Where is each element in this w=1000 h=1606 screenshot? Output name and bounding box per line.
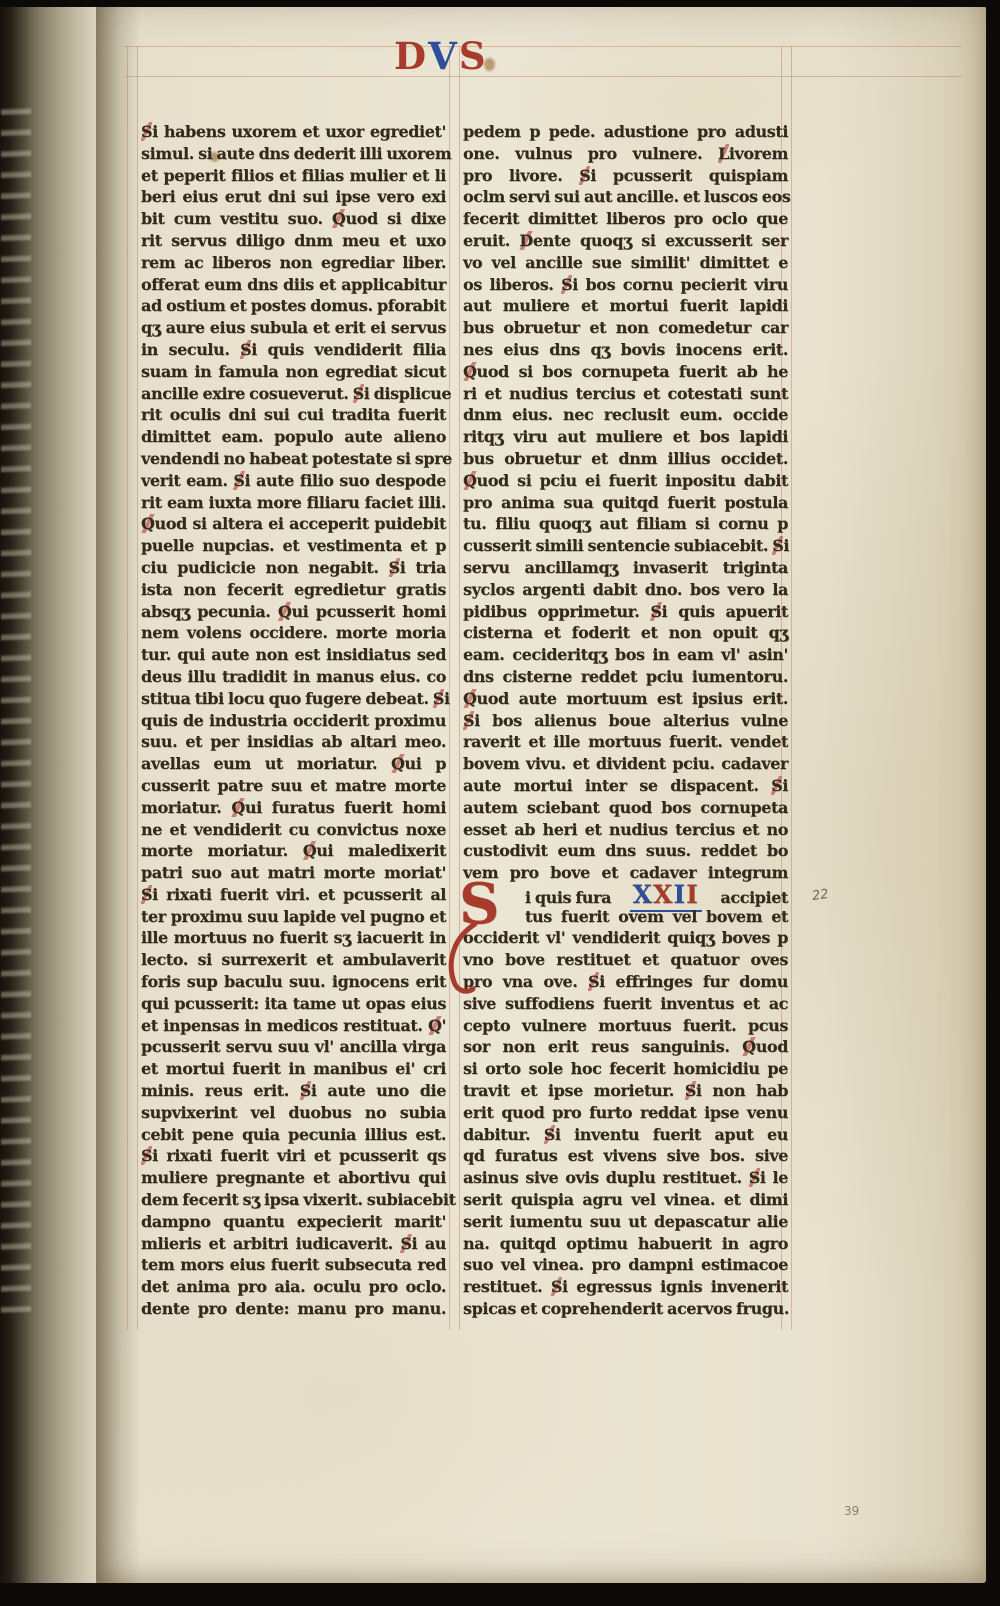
text-line: ista non fecerit egredietur gratis	[141, 579, 446, 601]
text-line: restituet. Si egressus ignis invenerit	[463, 1276, 788, 1298]
text-line: occiderit vl' vendiderit quiqʒ boves p	[463, 927, 788, 949]
text-line: suam in famula non egrediat sicut	[141, 361, 446, 383]
text-line: offerat eum dns diis et applicabitur	[141, 274, 446, 296]
text-line: foris sup baculu suu. ignocens erit	[141, 971, 446, 993]
text-line: bus obruetur et non comedetur car	[463, 317, 788, 339]
photo-border-top	[0, 0, 1000, 7]
text-line: custodivit eum dns suus. reddet bo	[463, 840, 788, 862]
text-line: dnm eius. nec reclusit eum. occide	[463, 404, 788, 426]
text-line: oclm servi sui aut ancille. et luscos eo…	[463, 186, 788, 208]
text-line: vo vel ancille sue similit' dimittet e	[463, 252, 788, 274]
text-line: dimittet eam. populo aute alieno	[141, 426, 446, 448]
text-line: suu. et per insidias ab altari meo.	[141, 731, 446, 753]
text-line: one. vulnus pro vulnere. Livorem	[463, 143, 788, 165]
text-line: ritqʒ viru aut muliere et bos lapidi	[463, 426, 788, 448]
text-line: Quod si altera ei acceperit puidebit	[141, 513, 446, 535]
text-line: Quod si bos cornupeta fuerit ab he	[463, 361, 788, 383]
text-line: ciu pudicicie non negabit. Si tria	[141, 557, 446, 579]
text-line: pcusserit servu suu vl' ancilla virga	[141, 1036, 446, 1058]
text-line: absqʒ pecunia. Qui pcusserit homi	[141, 601, 446, 623]
text-line: cebit pene quia pecunia illius est.	[141, 1124, 446, 1146]
text-line: avellas eum ut moriatur. Qui p	[141, 753, 446, 775]
chapter-number-letter: I	[686, 880, 699, 909]
running-header: DVS	[394, 34, 488, 78]
text-line: autem sciebant quod bos cornupeta	[463, 797, 788, 819]
running-header-letter: D	[394, 34, 428, 78]
text-line: et inpensas in medicos restituat. Q'	[141, 1015, 446, 1037]
ruling-line-vertical	[449, 46, 450, 1330]
text-column-left: Si habens uxorem et uxor egrediet'simul.…	[141, 121, 446, 1320]
chapter-number-letter: X	[653, 880, 673, 909]
text-line: et peperit filios et filias mulier et li	[141, 165, 446, 187]
photo-border-bottom	[0, 1583, 1000, 1606]
text-line: qʒ aure eius subula et erit ei servus	[141, 317, 446, 339]
text-line: Quod aute mortuum est ipsius erit.	[463, 688, 788, 710]
text-line: serit quispia agru vel vinea. et dimi	[463, 1189, 788, 1211]
text-line: vem pro bove et cadaver integrum	[463, 862, 788, 884]
text-line: aute mortui inter se dispacent. Si	[463, 775, 788, 797]
text-line: syclos argenti dabit dno. bos vero la	[463, 579, 788, 601]
text-line: serit iumentu suu ut depascatur alie	[463, 1211, 788, 1233]
text-line: vendendi no habeat potestate si spre	[141, 448, 446, 470]
text-line: rem ac liberos non egrediar liber.	[141, 252, 446, 274]
text-line: minis. reus erit. Si aute uno die	[141, 1080, 446, 1102]
text-line: moriatur. Qui furatus fuerit homi	[141, 797, 446, 819]
text-line: rit eam iuxta more filiaru faciet illi.	[141, 492, 446, 514]
text-line: supvixerint vel duobus no subia	[141, 1102, 446, 1124]
text-line: verit eam. Si aute filio suo despode	[141, 470, 446, 492]
text-line: nes eius dns qʒ bovis inocens erit.	[463, 339, 788, 361]
text-line: cisterna et foderit et non opuit qʒ	[463, 622, 788, 644]
ruling-line-horizontal	[124, 46, 962, 47]
text-line: in seculu. Si quis vendiderit filia	[141, 339, 446, 361]
ruling-line-vertical	[137, 46, 138, 1330]
chapter-number-letter: I	[673, 880, 686, 909]
text-line: pro livore. Si pcusserit quispiam	[463, 165, 788, 187]
running-header-letter: V	[428, 34, 459, 78]
ruling-line-vertical	[791, 46, 792, 1330]
facing-page-text-fragments	[1, 108, 31, 1318]
text-column-right: pedem p pede. adustione pro adustione. v…	[463, 121, 788, 1320]
manuscript-photo: DVS Si habens uxorem et uxor egrediet'si…	[0, 0, 1000, 1606]
text-line: ne et vendiderit cu convictus noxe	[141, 819, 446, 841]
folio-number: 39	[844, 1504, 859, 1518]
text-line: lecto. si surrexerit et ambulaverit	[141, 949, 446, 971]
chapter-indented-line: tus fuerit ovem vel bovem et	[525, 906, 788, 928]
text-line: erit quod pro furto reddat ipse venu	[463, 1102, 788, 1124]
text-line: quis de industria occiderit proximu	[141, 710, 446, 732]
text-line: eam. cecideritqʒ bos in eam vl' asin'	[463, 644, 788, 666]
text-line: ad ostium et postes domus. pforabit	[141, 295, 446, 317]
chapter-number-letter: X	[633, 880, 653, 909]
text-line: fecerit dimittet liberos pro oclo que	[463, 208, 788, 230]
text-line: morte moriatur. Qui maledixerit	[141, 840, 446, 862]
text-line: pidibus opprimetur. Si quis apuerit	[463, 601, 788, 623]
text-line: puelle nupcias. et vestimenta et p	[141, 535, 446, 557]
text-line: Si rixati fuerit viri et pcusserit qs	[141, 1145, 446, 1167]
chapter-heading-line: i quis furaXXIIaccipiet	[525, 884, 788, 906]
ruling-line-horizontal	[124, 76, 962, 77]
text-line: ille mortuus no fuerit sʒ iacuerit in	[141, 927, 446, 949]
text-line: et mortui fuerit in manibus ei' cri	[141, 1058, 446, 1080]
text-line: dente pro dente: manu pro manu.	[141, 1298, 446, 1320]
parchment-page: DVS Si habens uxorem et uxor egrediet'si…	[96, 6, 986, 1583]
text-line: aut muliere et mortui fuerit lapidi	[463, 295, 788, 317]
text-line: ri et nudius tercius et cotestati sunt	[463, 383, 788, 405]
text-line: Si bos alienus boue alterius vulne	[463, 710, 788, 732]
photo-border-right	[987, 0, 1000, 1606]
text-line: tu. filiu quoqʒ aut filiam si cornu p	[463, 513, 788, 535]
text-line: pro anima sua quitqd fuerit postula	[463, 492, 788, 514]
text-line: dabitur. Si inventu fuerit aput eu	[463, 1124, 788, 1146]
text-line: simul. si aute dns dederit illi uxorem	[141, 143, 446, 165]
text-line: cusserit simili sentencie subiacebit. Si	[463, 535, 788, 557]
text-line: dampno quantu expecierit marit'	[141, 1211, 446, 1233]
text-line: bus obruetur et dnm illius occidet.	[463, 448, 788, 470]
text-line: asinus sive ovis duplu restituet. Si le	[463, 1167, 788, 1189]
text-line: cepto vulnere mortuus fuerit. pcus	[463, 1015, 788, 1037]
text-line: ter proximu suu lapide vel pugno et	[141, 906, 446, 928]
text-line: rit oculis dni sui cui tradita fuerit	[141, 404, 446, 426]
text-line: mlieris et arbitri iudicaverit. Si au	[141, 1233, 446, 1255]
text-line: spicas et coprehenderit acervos frugu.	[463, 1298, 788, 1320]
text-line: sive suffodiens fuerit inventus et ac	[463, 993, 788, 1015]
text-line: travit et ipse morietur. Si non hab	[463, 1080, 788, 1102]
text-line: esset ab heri et nudius tercius et no	[463, 819, 788, 841]
text-line: patri suo aut matri morte moriat'	[141, 862, 446, 884]
text-line: eruit. Dente quoqʒ si excusserit ser	[463, 230, 788, 252]
text-line: Quod si pciu ei fuerit inpositu dabit	[463, 470, 788, 492]
text-line: cusserit patre suu et matre morte	[141, 775, 446, 797]
gutter-crease-shadow	[96, 6, 140, 1583]
text-line: suo vel vinea. pro dampni estimacoe	[463, 1254, 788, 1276]
text-line: os liberos. Si bos cornu pecierit viru	[463, 274, 788, 296]
ruling-line-vertical	[127, 46, 128, 1330]
text-line: sor non erit reus sanguinis. Quod	[463, 1036, 788, 1058]
text-line: bit cum vestitu suo. Quod si dixe	[141, 208, 446, 230]
text-line: dem fecerit sʒ ipsa vixerit. subiacebit	[141, 1189, 446, 1211]
ruling-line-vertical	[459, 46, 460, 1330]
text-line: vno bove restituet et quatuor oves	[463, 949, 788, 971]
text-line: qd furatus est vivens sive bos. sive	[463, 1145, 788, 1167]
text-line: pro vna ove. Si effringes fur domu	[463, 971, 788, 993]
text-line: si orto sole hoc fecerit homicidiu pe	[463, 1058, 788, 1080]
text-line: ancille exire cosueverut. Si displicue	[141, 383, 446, 405]
text-line: muliere pregnante et abortivu qui	[141, 1167, 446, 1189]
text-line: stitua tibi locu quo fugere debeat. Si	[141, 688, 446, 710]
margin-chapter-note: 22	[811, 887, 829, 904]
running-header-letter: S	[459, 34, 488, 78]
text-line: nem volens occidere. morte moria	[141, 622, 446, 644]
text-line: qui pcusserit: ita tame ut opas eius	[141, 993, 446, 1015]
text-line: tem mors eius fuerit subsecuta red	[141, 1254, 446, 1276]
text-line: servu ancillamqʒ invaserit triginta	[463, 557, 788, 579]
text-line: na. quitqd optimu habuerit in agro	[463, 1233, 788, 1255]
text-line: beri eius erut dni sui ipse vero exi	[141, 186, 446, 208]
text-line: dns cisterne reddet pciu iumentoru.	[463, 666, 788, 688]
initial-flourish-icon	[445, 920, 481, 998]
text-line: bovem vivu. et divident pciu. cadaver	[463, 753, 788, 775]
text-line: Si rixati fuerit viri. et pcusserit al	[141, 884, 446, 906]
text-line: raverit et ille mortuus fuerit. vendet	[463, 731, 788, 753]
text-line: deus illu tradidit in manus eius. co	[141, 666, 446, 688]
text-line: det anima pro aia. oculu pro oclo.	[141, 1276, 446, 1298]
text-line: rit servus diligo dnm meu et uxo	[141, 230, 446, 252]
text-line: tur. qui aute non est insidiatus sed	[141, 644, 446, 666]
text-line: Si habens uxorem et uxor egrediet'	[141, 121, 446, 143]
chapter-opening: Si quis furaXXIIaccipiettus fuerit ovem …	[463, 884, 788, 928]
text-line: pedem p pede. adustione pro adusti	[463, 121, 788, 143]
